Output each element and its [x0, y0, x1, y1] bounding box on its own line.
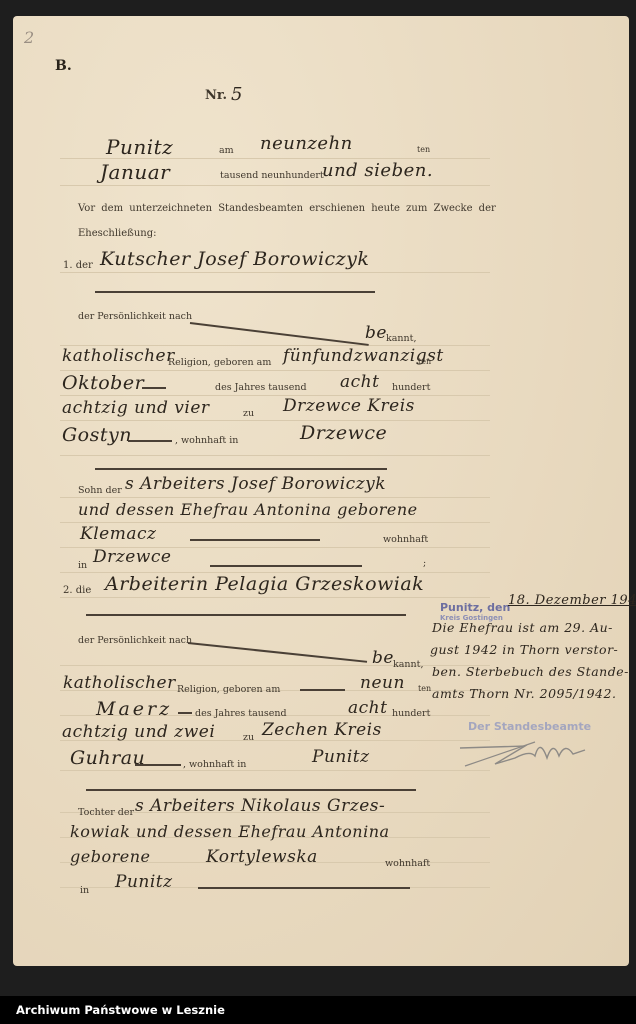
groom-decade: achtzig und vier: [62, 398, 210, 418]
bride-parents-residence: Punitz: [115, 872, 173, 892]
year-label: tausend neunhundert: [220, 170, 324, 181]
filler-dash: [178, 712, 192, 714]
groom-parents-residence-label: wohnhaft: [383, 534, 428, 545]
groom-zu-label: zu: [243, 408, 254, 419]
bride-known-prefix: be: [372, 648, 394, 668]
ruled-line: [60, 522, 490, 523]
bride-known-label: kannt,: [393, 659, 424, 670]
marriage-year: und sieben.: [322, 160, 433, 181]
filler-line: [210, 565, 362, 567]
bride-year-label: des Jahres tausend: [195, 708, 287, 719]
semicolon: ;: [423, 558, 426, 569]
groom-day-suffix: ten: [418, 357, 431, 366]
ruled-line: [60, 597, 490, 598]
groom-residence-underline: [95, 468, 387, 470]
intro-line-2: Eheschließung:: [78, 228, 156, 239]
groom-parents-line-2: und dessen Ehefrau Antonina geborene: [78, 500, 418, 519]
ruled-line: [60, 272, 490, 273]
groom-in-label: in: [78, 560, 87, 571]
bride-birth-day: neun: [360, 673, 405, 693]
bride-birth-place: Zechen Kreis: [262, 720, 382, 740]
groom-known-prefix: be: [365, 323, 387, 343]
bride-religion: katholischer: [63, 673, 176, 693]
groom-religion: katholischer: [62, 346, 175, 366]
groom-number: 1. der: [63, 260, 93, 271]
groom-residence-label: , wohnhaft in: [175, 435, 238, 446]
filler-line: [198, 887, 410, 889]
groom-birth-place: Drzewce Kreis: [283, 396, 415, 416]
bride-zu-label: zu: [243, 732, 254, 743]
record-number-value: 5: [231, 84, 243, 105]
marriage-month: Januar: [100, 160, 170, 184]
bride-decade: achtzig und zwei: [62, 722, 215, 742]
ruled-line: [60, 420, 490, 421]
groom-parents-line-1: s Arbeiters Josef Borowiczyk: [125, 474, 386, 494]
groom-parents-label: Sohn der: [78, 485, 122, 496]
annotation-line-3: ben. Sterbebuch des Stande-: [432, 664, 629, 679]
ruled-line: [60, 497, 490, 498]
filler-line: [190, 539, 320, 541]
groom-identity-label: der Persönlichkeit nach: [78, 311, 192, 322]
annotation-line-2: gust 1942 in Thorn verstor-: [430, 642, 618, 657]
ruled-line: [60, 665, 490, 666]
filler-dash: [300, 689, 345, 691]
annotation-line-1: Die Ehefrau ist am 29. Au-: [432, 620, 613, 635]
annotation-line-4: amts Thorn Nr. 2095/1942.: [432, 686, 616, 701]
ruled-line: [60, 455, 490, 456]
bride-residence-underline: [86, 789, 416, 791]
bride-birth-month: Maerz: [96, 698, 172, 720]
groom-residence: Drzewce: [300, 422, 387, 444]
annotation-date: 18. Dezember 1942: [508, 593, 636, 608]
ruled-line: [60, 370, 490, 371]
bride-day-suffix: ten: [418, 684, 431, 693]
day-suffix: ten: [417, 145, 430, 154]
signature-icon: [455, 728, 595, 773]
groom-birth-month: Oktober: [62, 372, 144, 394]
bride-name-underline: [86, 614, 406, 616]
archive-name: Archiwum Państwowe w Lesznie: [16, 1003, 225, 1017]
record-number-label: Nr.: [205, 88, 227, 103]
bride-mother-maiden: Kortylewska: [206, 847, 318, 867]
groom-birth-district: Gostyn: [62, 424, 132, 446]
bride-identity-label: der Persönlichkeit nach: [78, 635, 192, 646]
bride-in-label: in: [80, 885, 89, 896]
bride-residence: Punitz: [312, 747, 370, 767]
bride-hundred-label: hundert: [392, 708, 430, 719]
groom-name-underline: [95, 291, 375, 293]
form-letter: B.: [55, 58, 72, 74]
filler-dash: [142, 387, 166, 389]
groom-mother-maiden: Klemacz: [80, 524, 156, 544]
marriage-place: Punitz: [106, 135, 173, 159]
bride-parents-label: Tochter der: [78, 807, 134, 818]
bride-parents-prefix: geborene: [70, 847, 150, 866]
groom-century: acht: [340, 372, 379, 392]
bride-parents-line-1: s Arbeiters Nikolaus Grzes-: [135, 796, 385, 816]
archive-footer: Archiwum Państwowe w Lesznie: [0, 996, 636, 1024]
page-marker: 2: [24, 28, 34, 47]
bride-century: acht: [348, 698, 387, 718]
intro-line-1: Vor dem unterzeichneten Standesbeamten e…: [78, 203, 496, 214]
bride-religion-label: Religion, geboren am: [177, 684, 280, 695]
groom-hundred-label: hundert: [392, 382, 430, 393]
bride-number: 2. die: [63, 585, 91, 596]
bride-parents-residence-label: wohnhaft: [385, 858, 430, 869]
marriage-day: neunzehn: [260, 133, 353, 154]
ruled-line: [60, 395, 490, 396]
groom-known-label: kannt,: [386, 333, 417, 344]
groom-parents-residence: Drzewce: [93, 547, 171, 567]
filler-dash: [135, 764, 181, 766]
bride-parents-line-2: kowiak und dessen Ehefrau Antonina: [70, 822, 390, 841]
am-label: am: [219, 145, 234, 156]
bride-residence-label: , wohnhaft in: [183, 759, 246, 770]
ruled-line: [60, 770, 490, 771]
ruled-line: [60, 185, 490, 186]
stamp-place: Punitz, den: [440, 601, 510, 614]
groom-religion-label: Religion, geboren am: [168, 357, 271, 368]
filler-dash: [128, 440, 172, 442]
groom-year-label: des Jahres tausend: [215, 382, 307, 393]
groom-name: Kutscher Josef Borowiczyk: [100, 248, 369, 270]
bride-name: Arbeiterin Pelagia Grzeskowiak: [105, 573, 424, 595]
